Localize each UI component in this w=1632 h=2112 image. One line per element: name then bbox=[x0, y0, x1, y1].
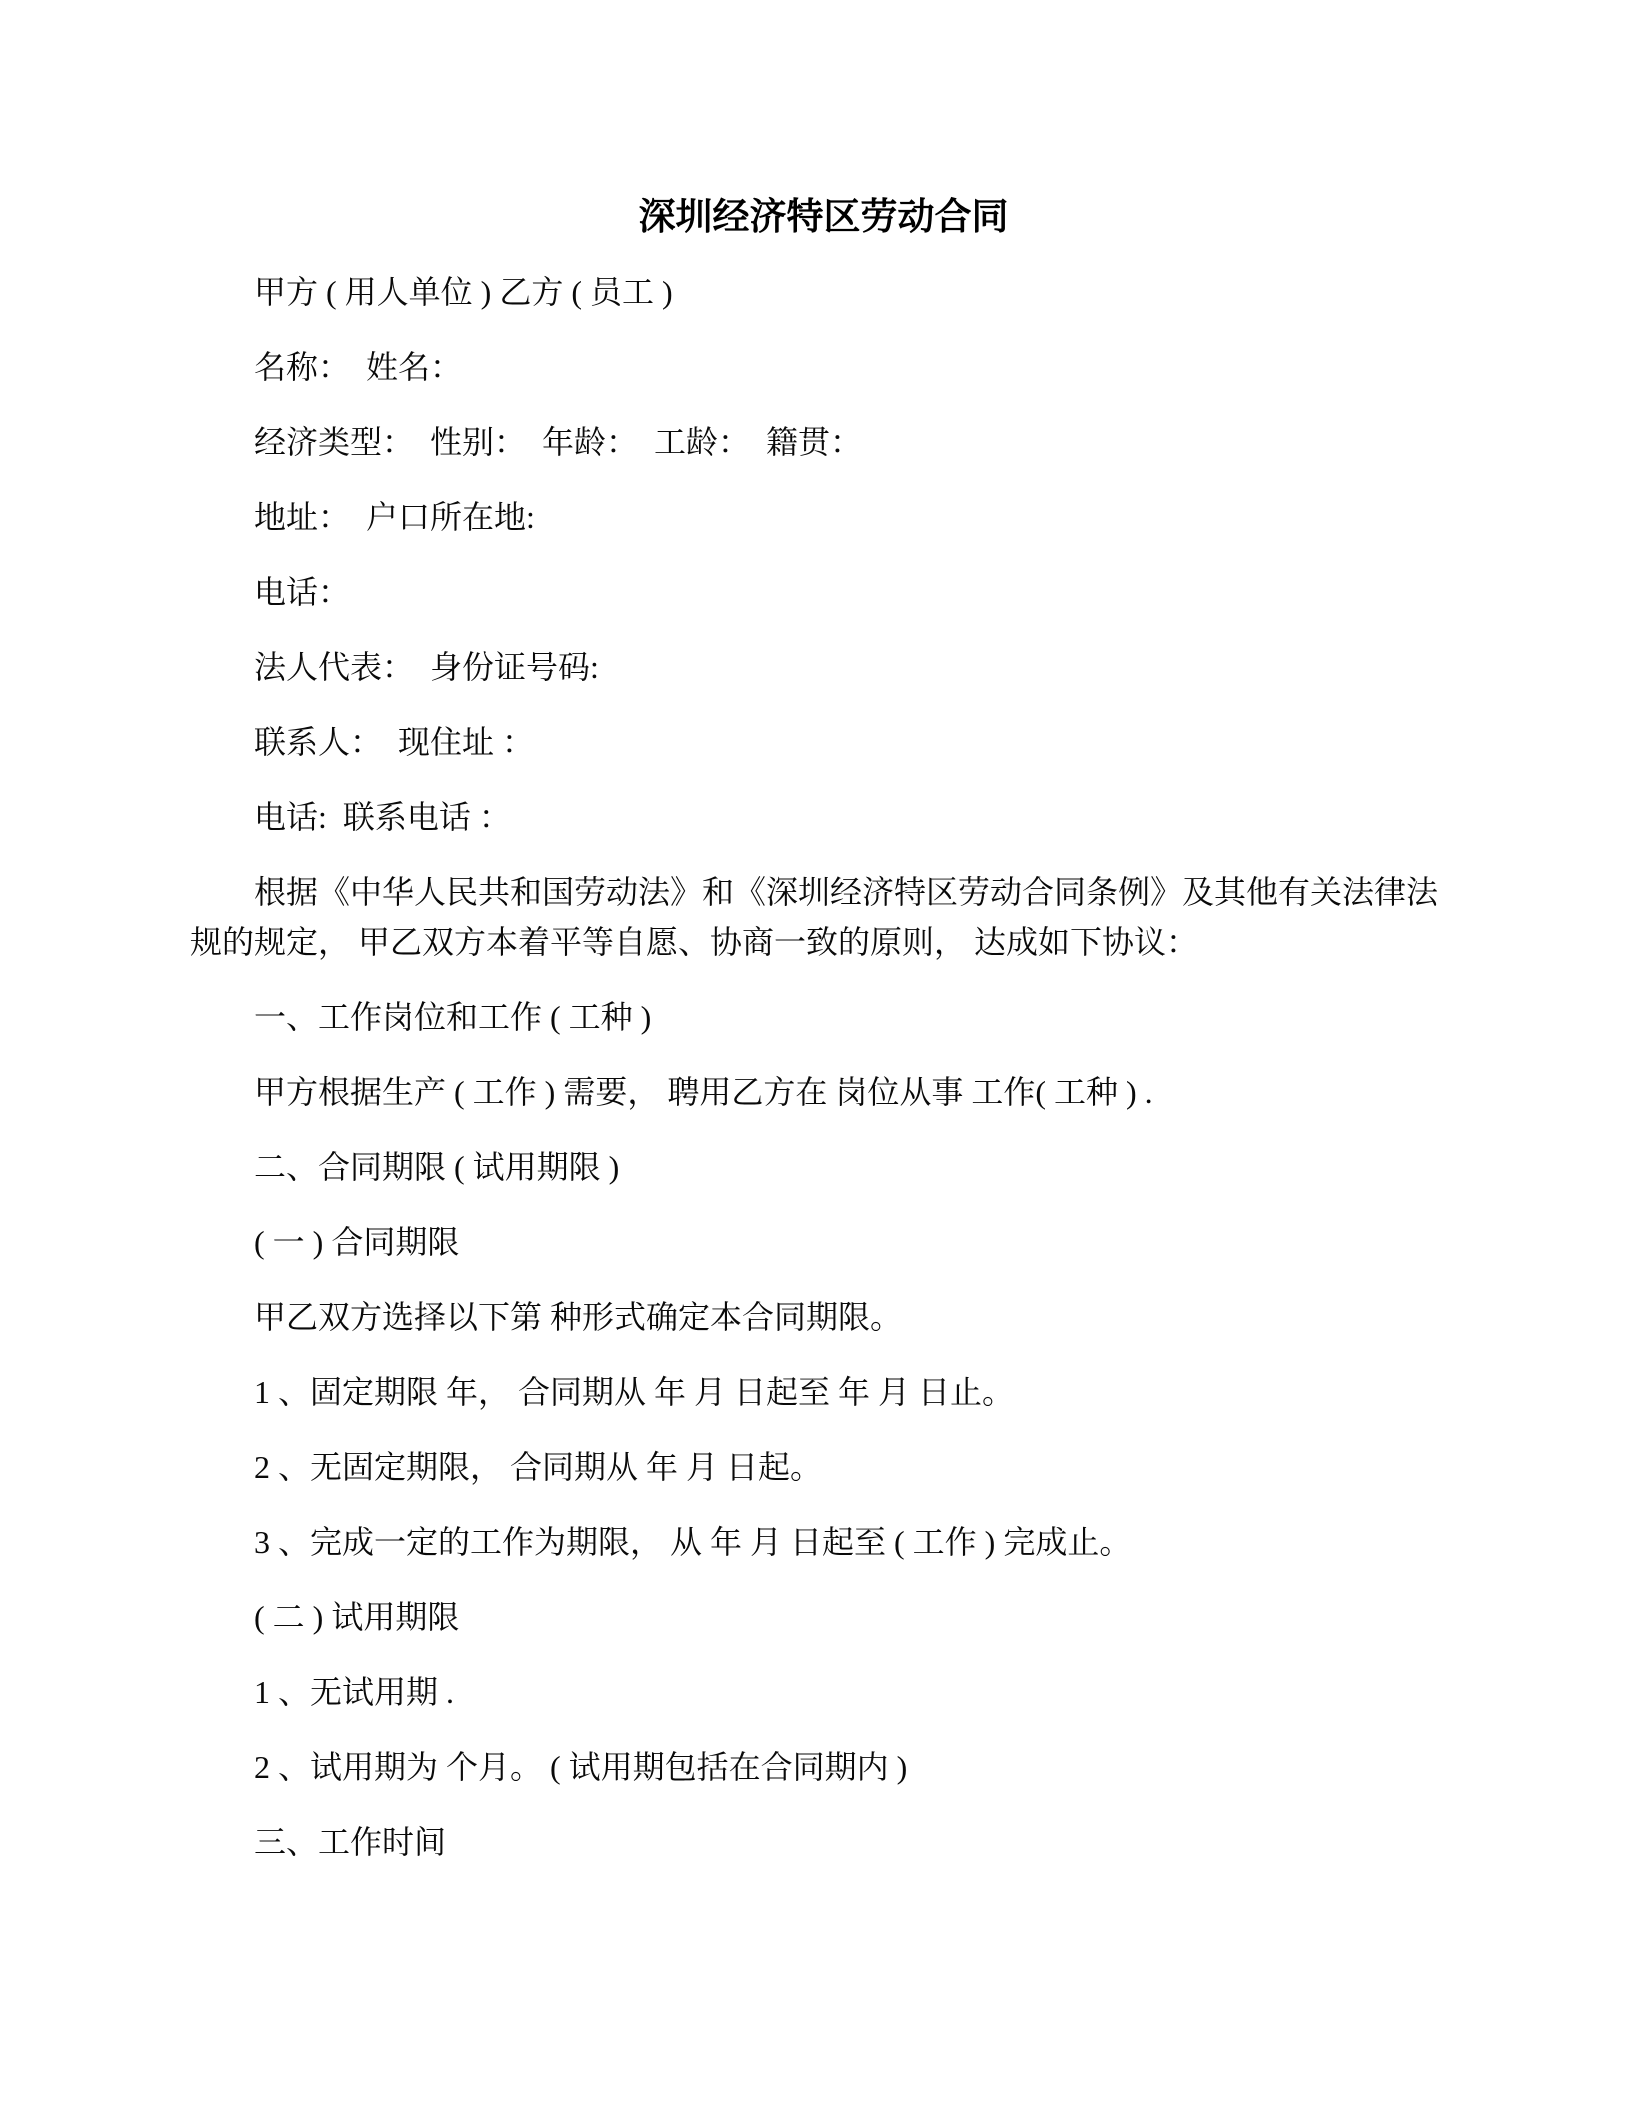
document-title: 深圳经济特区劳动合同 bbox=[190, 195, 1457, 239]
paragraph-phone-field: 电话： bbox=[190, 567, 1457, 617]
paragraph-term-option-1: 1 、固定期限 年， 合同期从 年 月 日起至 年 月 日止。 bbox=[190, 1367, 1457, 1417]
paragraph-legal-basis: 根据《中华人民共和国劳动法》和《深圳经济特区劳动合同条例》及其他有关法律法规的规… bbox=[190, 867, 1457, 967]
paragraph-contract-term-subheading: ( 一 ) 合同期限 bbox=[190, 1217, 1457, 1267]
paragraph-parties-heading: 甲方 ( 用人单位 ) 乙方 ( 员工 ) bbox=[190, 267, 1457, 317]
paragraph-term-option-3: 3 、完成一定的工作为期限， 从 年 月 日起至 ( 工作 ) 完成止。 bbox=[190, 1517, 1457, 1567]
paragraph-probation-option-2: 2 、试用期为 个月。 ( 试用期包括在合同期内 ) bbox=[190, 1742, 1457, 1792]
paragraph-type-gender-age-fields: 经济类型： 性别： 年龄： 工龄： 籍贯： bbox=[190, 417, 1457, 467]
paragraph-term-option-2: 2 、无固定期限， 合同期从 年 月 日起。 bbox=[190, 1442, 1457, 1492]
paragraph-legal-rep-id-fields: 法人代表： 身份证号码: bbox=[190, 642, 1457, 692]
paragraph-probation-subheading: ( 二 ) 试用期限 bbox=[190, 1592, 1457, 1642]
contract-document-page: 深圳经济特区劳动合同 甲方 ( 用人单位 ) 乙方 ( 员工 ) 名称： 姓名：… bbox=[0, 0, 1632, 2112]
paragraph-section1-body: 甲方根据生产 ( 工作 ) 需要， 聘用乙方在 岗位从事 工作( 工种 ) . bbox=[190, 1067, 1457, 1117]
paragraph-contact-phone-fields: 电话: 联系电话 ： bbox=[190, 792, 1457, 842]
paragraph-address-fields: 地址： 户口所在地: bbox=[190, 492, 1457, 542]
paragraph-probation-option-1: 1 、无试用期 . bbox=[190, 1667, 1457, 1717]
paragraph-section1-heading: 一、工作岗位和工作 ( 工种 ) bbox=[190, 992, 1457, 1042]
paragraph-term-choice: 甲乙双方选择以下第 种形式确定本合同期限。 bbox=[190, 1292, 1457, 1342]
paragraph-section3-heading: 三、工作时间 bbox=[190, 1817, 1457, 1867]
paragraph-contact-residence-fields: 联系人： 现住址 ： bbox=[190, 717, 1457, 767]
paragraph-section2-heading: 二、合同期限 ( 试用期限 ) bbox=[190, 1142, 1457, 1192]
paragraph-name-fields: 名称： 姓名： bbox=[190, 342, 1457, 392]
